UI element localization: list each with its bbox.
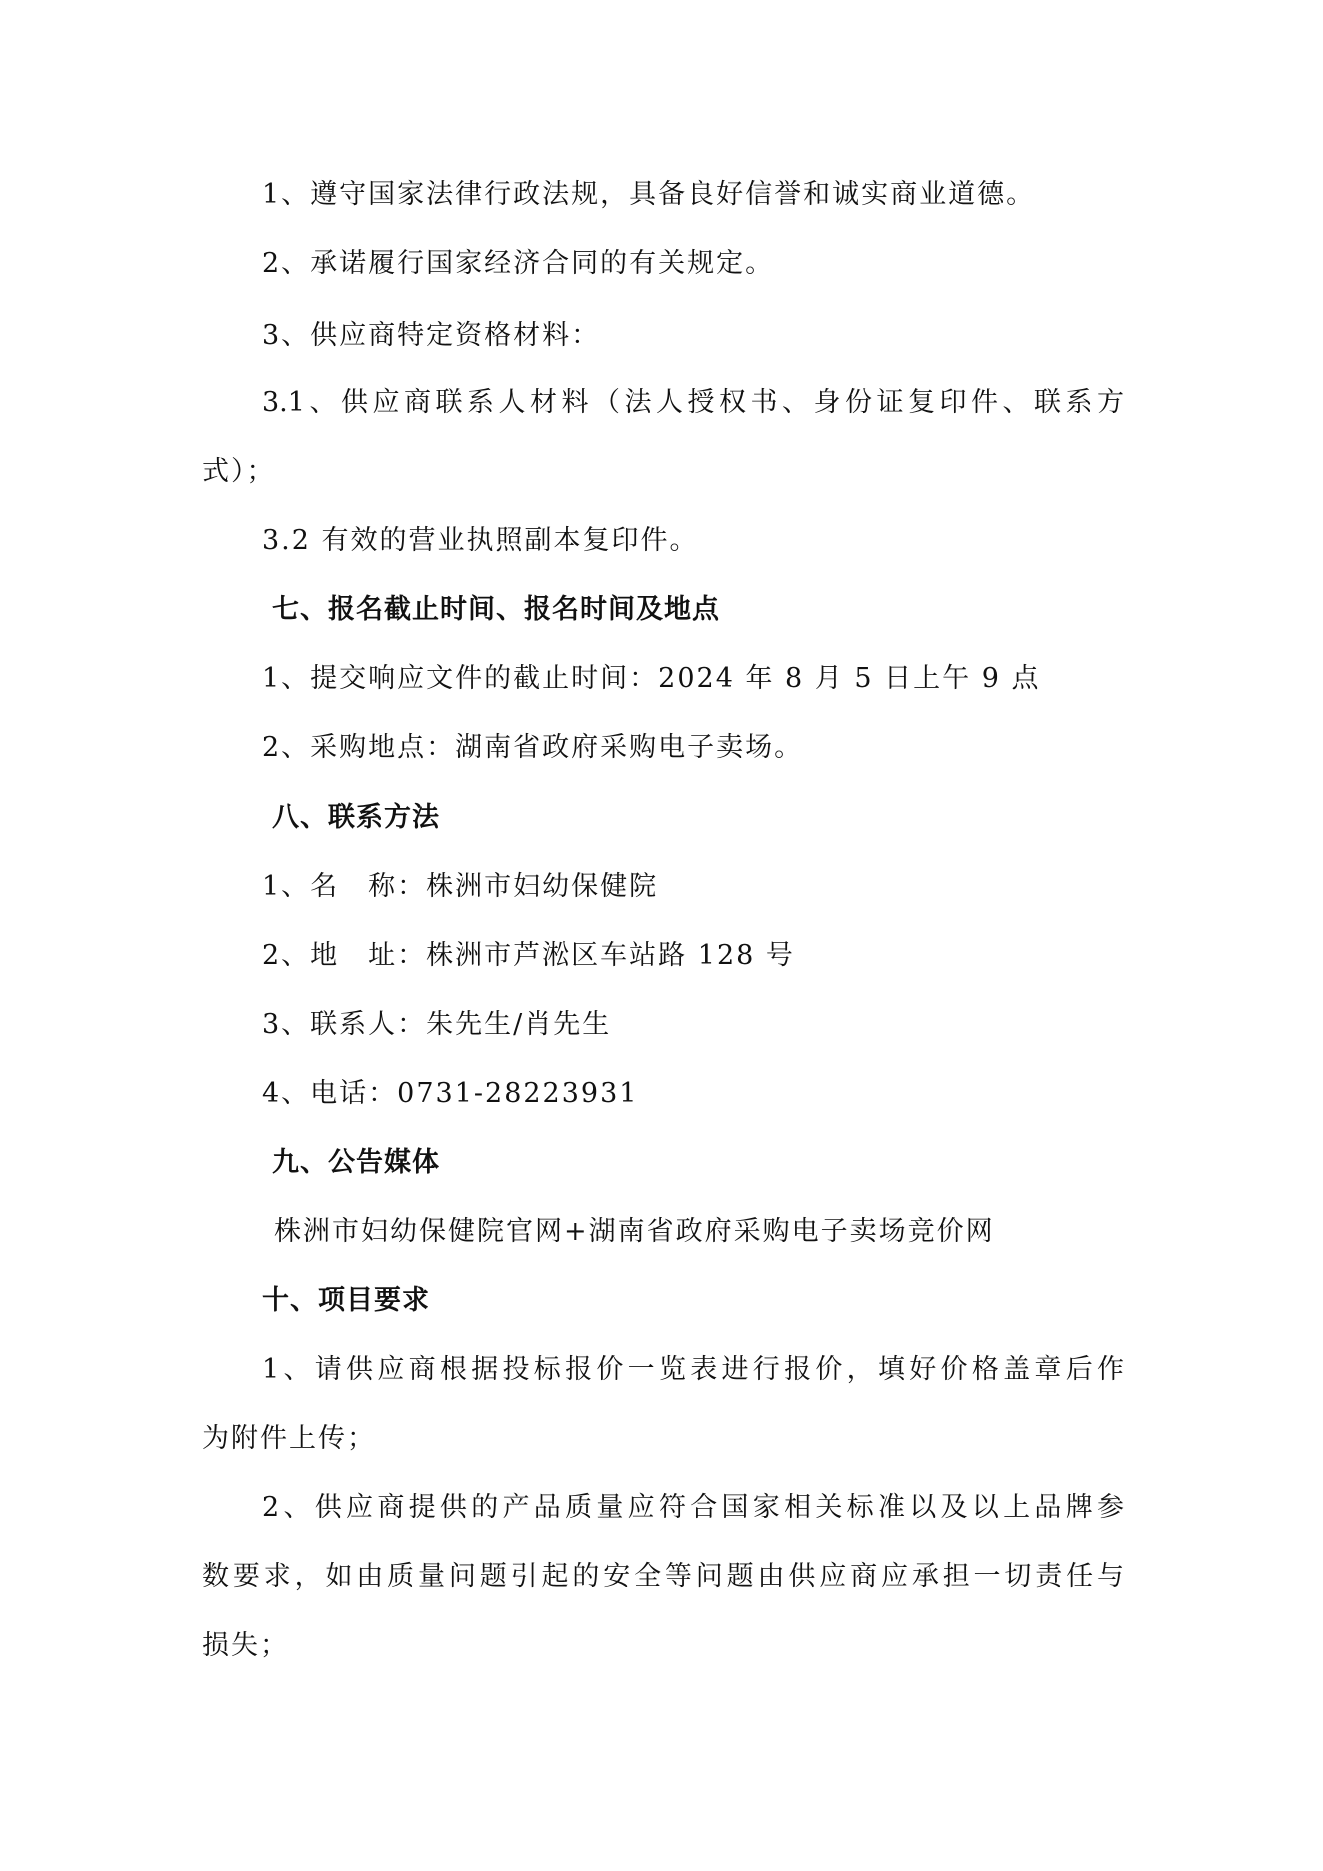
contact-phone: 4、电话：0731-28223931 (262, 1076, 638, 1112)
requirement-2-end: 损失； (202, 1628, 289, 1664)
qualification-item-3-2: 3.2 有效的营业执照副本复印件。 (262, 523, 699, 559)
location-item: 2、采购地点：湖南省政府采购电子卖场。 (262, 730, 803, 766)
section-10-heading: 十、项目要求 (262, 1283, 430, 1319)
contact-name: 1、名 称：株洲市妇幼保健院 (262, 869, 658, 905)
section-8-heading: 八、联系方法 (272, 800, 440, 836)
requirement-2: 2、供应商提供的产品质量应符合国家相关标准以及以上品牌参 (262, 1490, 1124, 1526)
qualification-item-3: 3、供应商特定资格材料： (262, 318, 600, 354)
announcement-media: 株洲市妇幼保健院官网+湖南省政府采购电子卖场竞价网 (274, 1214, 995, 1250)
deadline-item: 1、提交响应文件的截止时间：2024 年 8 月 5 日上午 9 点 (262, 661, 1041, 697)
qualification-item-3-1-cont: 式）； (202, 454, 276, 490)
qualification-item-2: 2、承诺履行国家经济合同的有关规定。 (262, 246, 774, 282)
requirement-1: 1、请供应商根据投标报价一览表进行报价，填好价格盖章后作 (262, 1352, 1124, 1388)
contact-person: 3、联系人：朱先生/肖先生 (262, 1007, 611, 1043)
requirement-1-cont: 为附件上传； (202, 1421, 376, 1457)
requirement-2-cont: 数要求，如由质量问题引起的安全等问题由供应商应承担一切责任与 (202, 1559, 1124, 1595)
contact-address: 2、地 址：株洲市芦淞区车站路 128 号 (262, 938, 795, 974)
qualification-item-1: 1、遵守国家法律行政法规，具备良好信誉和诚实商业道德。 (262, 177, 1035, 213)
section-7-heading: 七、报名截止时间、报名时间及地点 (272, 592, 720, 628)
section-9-heading: 九、公告媒体 (272, 1145, 440, 1181)
qualification-item-3-1: 3.1、供应商联系人材料（法人授权书、身份证复印件、联系方 (262, 385, 1124, 421)
